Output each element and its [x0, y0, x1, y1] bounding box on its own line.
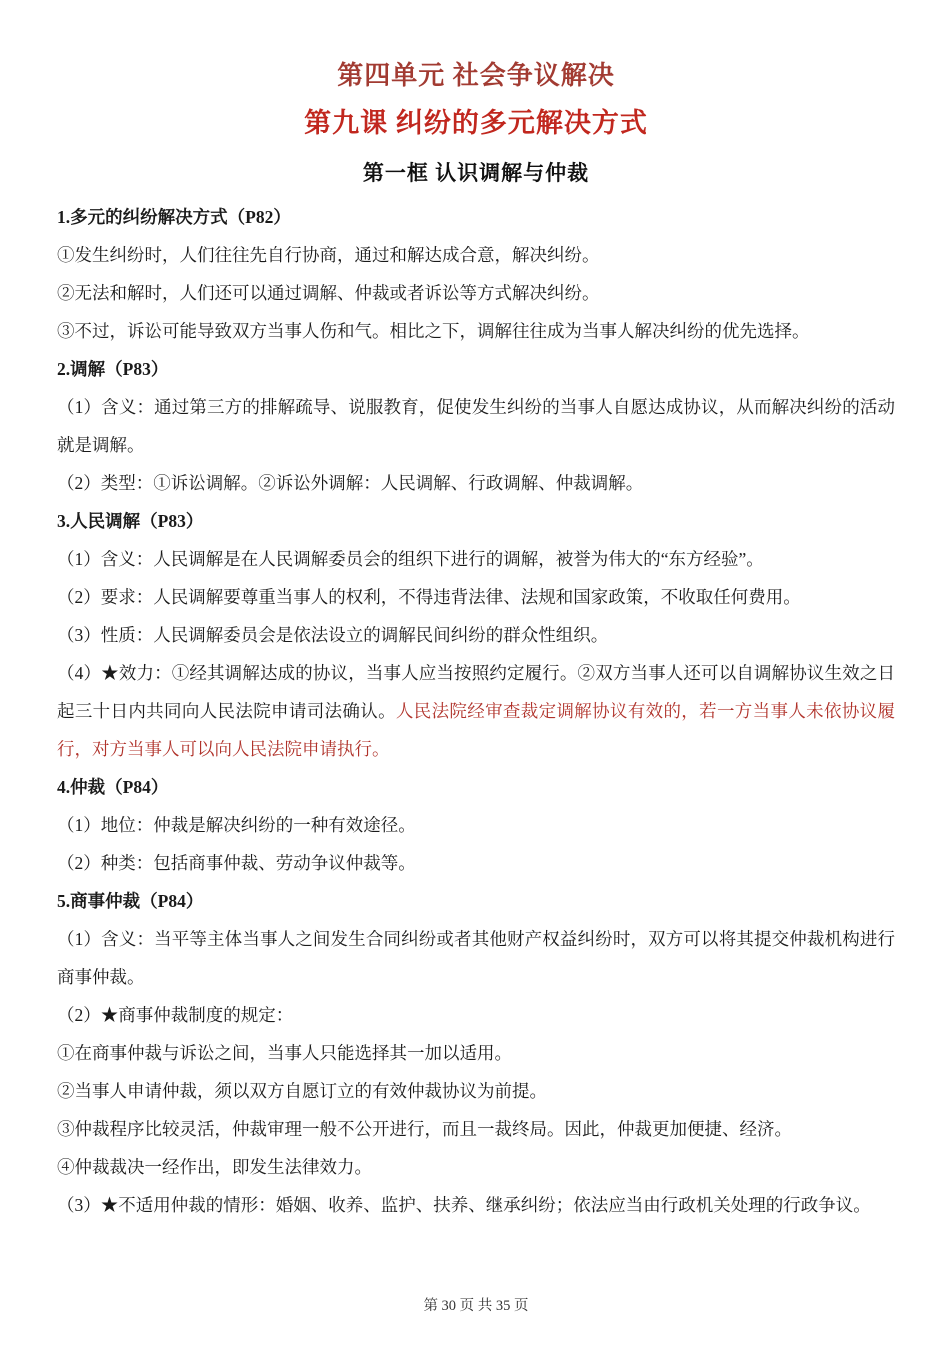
section-5-heading: 5.商事仲裁（P84） — [57, 882, 895, 920]
section-5-point-4: ②当事人申请仲裁，须以双方自愿订立的有效仲裁协议为前提。 — [57, 1072, 895, 1110]
frame-title: 第一框 认识调解与仲裁 — [57, 156, 895, 190]
section-5-point-5: ③仲裁程序比较灵活，仲裁审理一般不公开进行，而且一裁终局。因此，仲裁更加便捷、经… — [57, 1110, 895, 1148]
section-5-point-6: ④仲裁裁决一经作出，即发生法律效力。 — [57, 1148, 895, 1186]
section-5-point-7: （3）★不适用仲裁的情形：婚姻、收养、监护、扶养、继承纠纷；依法应当由行政机关处… — [57, 1186, 895, 1224]
section-3-point-1: （1）含义：人民调解是在人民调解委员会的组织下进行的调解，被誉为伟大的“东方经验… — [57, 540, 895, 578]
section-2-point-2: （2）类型：①诉讼调解。②诉讼外调解：人民调解、行政调解、仲裁调解。 — [57, 464, 895, 502]
section-3-point-2: （2）要求：人民调解要尊重当事人的权利，不得违背法律、法规和国家政策，不收取任何… — [57, 578, 895, 616]
section-2-heading: 2.调解（P83） — [57, 350, 895, 388]
document-body: 1.多元的纠纷解决方式（P82） ①发生纠纷时，人们往往先自行协商，通过和解达成… — [57, 198, 895, 1224]
document-page: 第四单元 社会争议解决 第九课 纠纷的多元解决方式 第一框 认识调解与仲裁 1.… — [0, 0, 952, 1347]
unit-title: 第四单元 社会争议解决 — [57, 56, 895, 96]
section-1-point-2: ②无法和解时，人们还可以通过调解、仲裁或者诉讼等方式解决纠纷。 — [57, 274, 895, 312]
section-1-point-3: ③不过，诉讼可能导致双方当事人伤和气。相比之下，调解往往成为当事人解决纠纷的优先… — [57, 312, 895, 350]
section-1-point-1: ①发生纠纷时，人们往往先自行协商，通过和解达成合意，解决纠纷。 — [57, 236, 895, 274]
section-2-point-1: （1）含义：通过第三方的排解疏导、说服教育，促使发生纠纷的当事人自愿达成协议，从… — [57, 388, 895, 464]
section-4-point-2: （2）种类：包括商事仲裁、劳动争议仲裁等。 — [57, 844, 895, 882]
section-3-point-3: （3）性质：人民调解委员会是依法设立的调解民间纠纷的群众性组织。 — [57, 616, 895, 654]
section-4-heading: 4.仲裁（P84） — [57, 768, 895, 806]
page-number: 第 30 页 共 35 页 — [0, 1294, 952, 1315]
section-4-point-1: （1）地位：仲裁是解决纠纷的一种有效途径。 — [57, 806, 895, 844]
section-3-point-4: （4）★效力：①经其调解达成的协议，当事人应当按照约定履行。②双方当事人还可以自… — [57, 654, 895, 768]
section-5-point-2: （2）★商事仲裁制度的规定： — [57, 996, 895, 1034]
lesson-title: 第九课 纠纷的多元解决方式 — [57, 102, 895, 144]
section-3-heading: 3.人民调解（P83） — [57, 502, 895, 540]
section-5-point-1: （1）含义：当平等主体当事人之间发生合同纠纷或者其他财产权益纠纷时，双方可以将其… — [57, 920, 895, 996]
section-5-point-3: ①在商事仲裁与诉讼之间，当事人只能选择其一加以适用。 — [57, 1034, 895, 1072]
section-1-heading: 1.多元的纠纷解决方式（P82） — [57, 198, 895, 236]
